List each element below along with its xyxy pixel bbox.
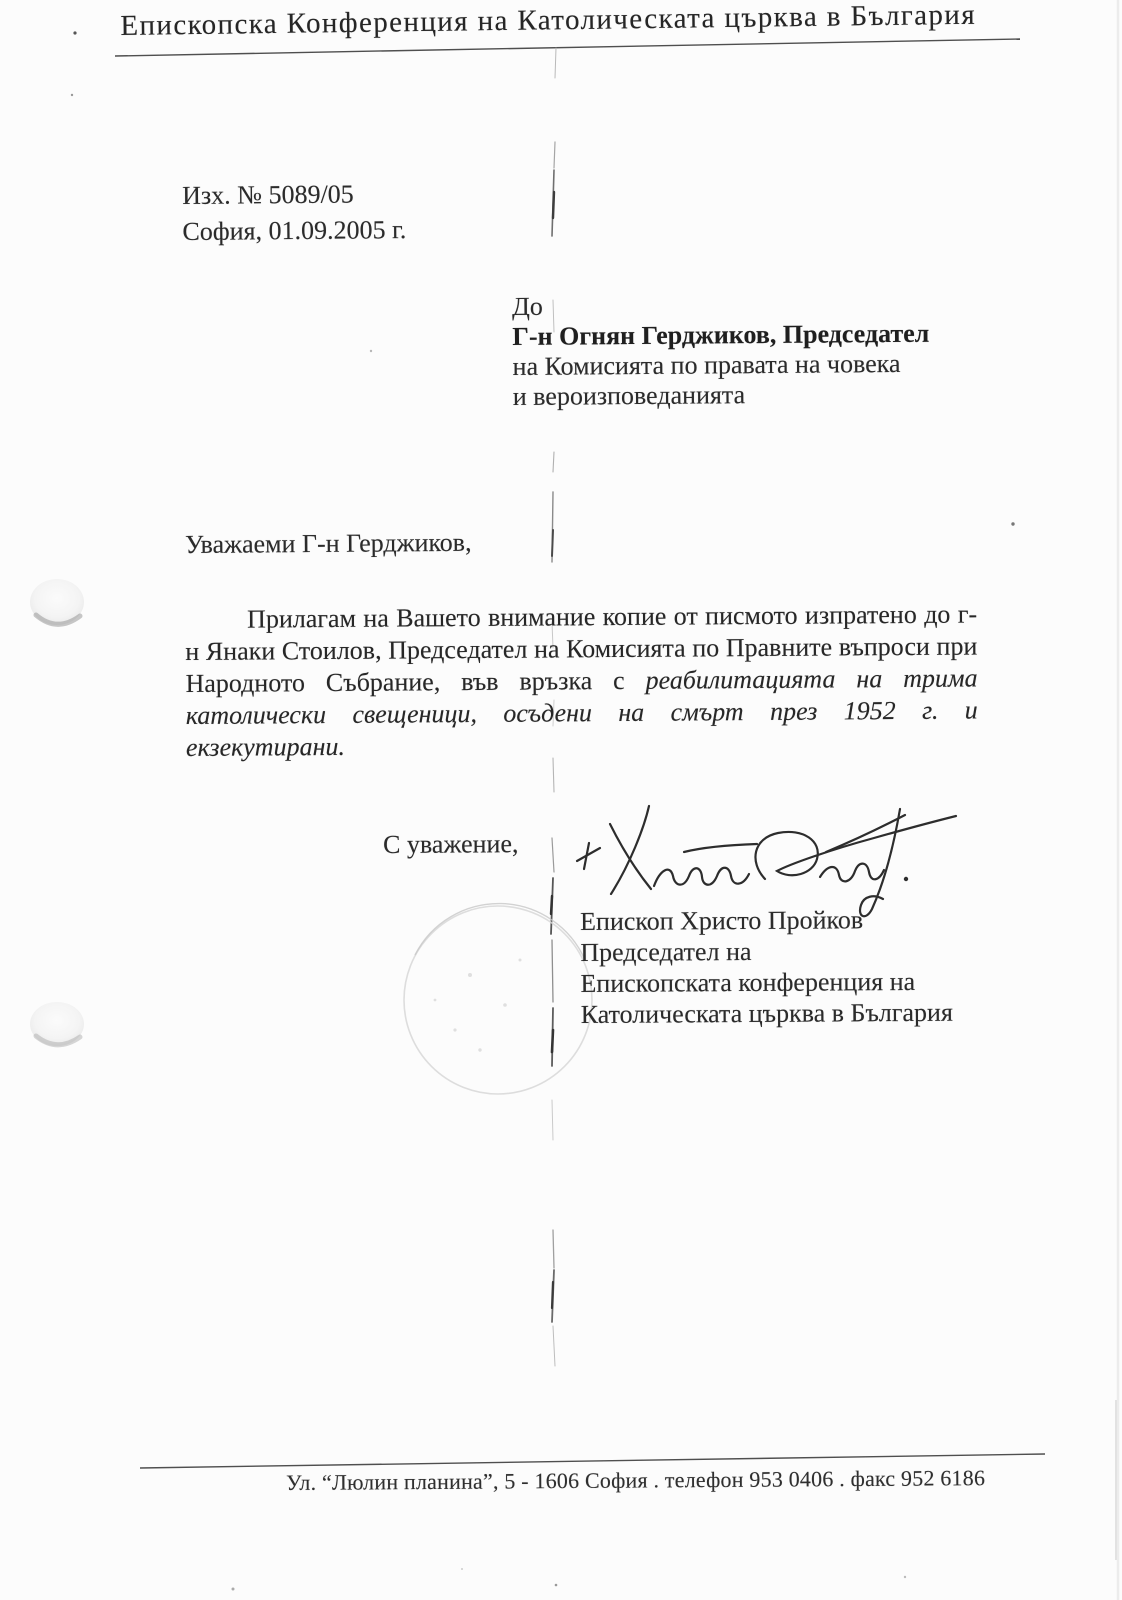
place-and-date: София, 01.09.2005 г. <box>182 212 406 250</box>
signatory-title-line2: Епископската конференция на <box>580 966 952 999</box>
scan-artifacts <box>0 0 1122 1600</box>
body-paragraph: Прилагам на Вашето внимание копие от пис… <box>185 598 978 764</box>
page-edge-shadow <box>1116 0 1118 1600</box>
closing-phrase: С уважение, <box>383 829 519 860</box>
scanned-letter-page: Епископска Конференция на Католическата … <box>0 0 1122 1600</box>
scan-specks <box>71 31 1015 1590</box>
signatory-block: Епископ Христо Пройков Председател на Еп… <box>580 904 953 1030</box>
reference-block: Изх. № 5089/05 София, 01.09.2005 г. <box>182 176 406 250</box>
addressee-line2: на Комисията по правата на човека <box>512 349 929 382</box>
addressee-block: До Г-н Огнян Герджиков, Председател на К… <box>512 289 930 412</box>
hole-punch-shadow <box>30 579 84 1046</box>
salutation: Уважаеми Г-н Герджиков, <box>185 528 472 560</box>
header-rule <box>115 39 1020 56</box>
outgoing-number: Изх. № 5089/05 <box>182 176 406 214</box>
handwritten-signature <box>577 806 956 916</box>
letterhead-title: Епископска Конференция на Католическата … <box>118 0 978 43</box>
addressee-to: До <box>512 289 929 322</box>
signatory-title-line3: Католическата църква в България <box>581 997 953 1030</box>
addressee-name: Г-н Огнян Герджиков, Председател <box>512 319 929 352</box>
signatory-name: Епископ Христо Пройков <box>580 904 952 937</box>
footer-contact: Ул. “Люлин планина”, 5 - 1606 София . те… <box>286 1465 985 1496</box>
addressee-line3: и вероизповеданията <box>513 379 930 412</box>
signatory-title-line1: Председател на <box>580 935 952 968</box>
stamp-circle <box>404 904 592 1094</box>
